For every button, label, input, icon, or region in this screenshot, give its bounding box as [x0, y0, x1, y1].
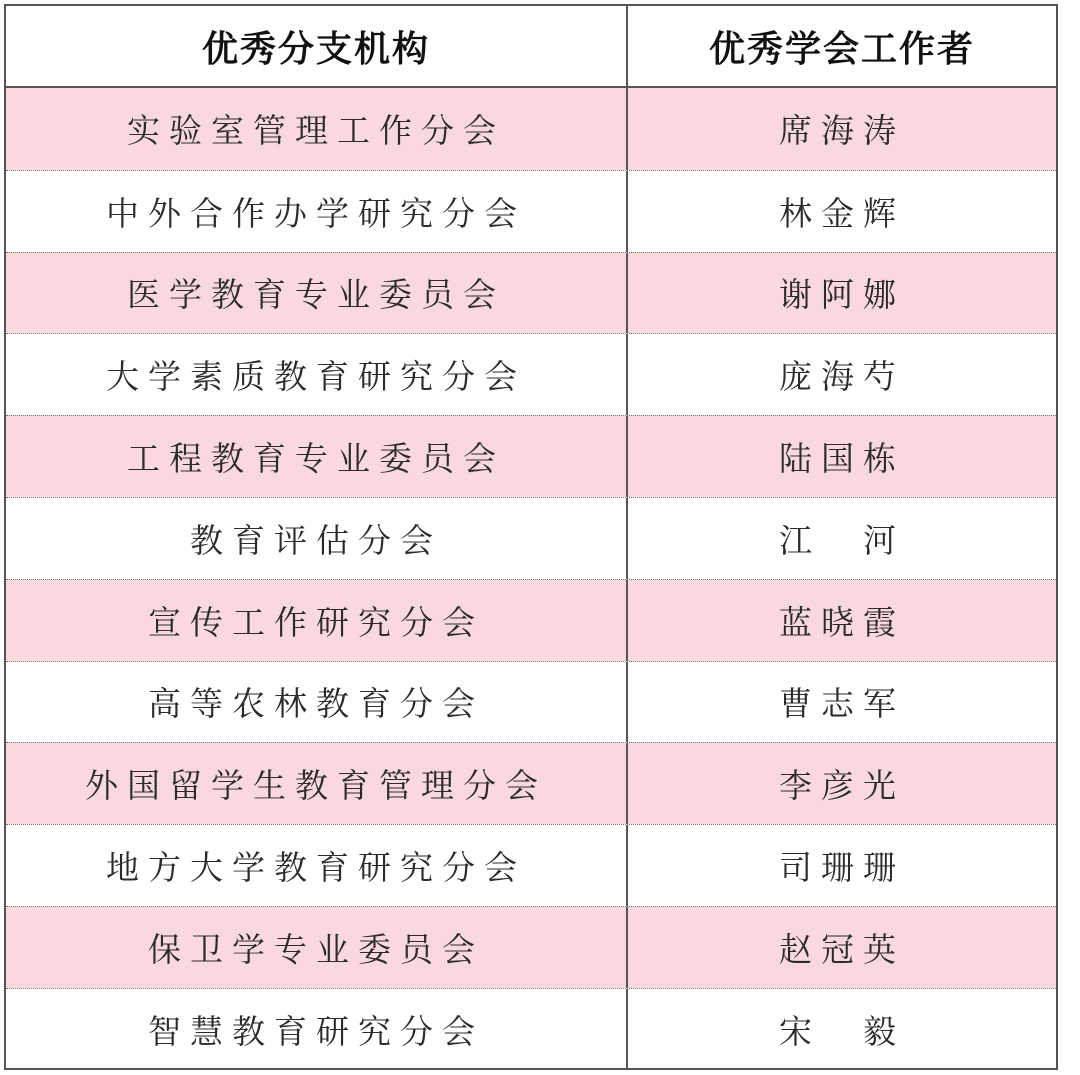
branch-name-cell: 中外合作办学研究分会: [6, 171, 628, 252]
header-outstanding-branch: 优秀分支机构: [6, 6, 628, 86]
worker-name-cell: 林金辉: [628, 171, 1056, 252]
table-row: 中外合作办学研究分会林金辉: [6, 170, 1056, 252]
worker-name-cell: 庞海芍: [628, 334, 1056, 415]
worker-name-cell: 蓝晓霞: [628, 580, 1056, 661]
awards-table: 优秀分支机构 优秀学会工作者 实验室管理工作分会席海涛中外合作办学研究分会林金辉…: [4, 4, 1058, 1070]
branch-name-cell: 工程教育专业委员会: [6, 416, 628, 497]
branch-name-cell: 地方大学教育研究分会: [6, 825, 628, 906]
branch-name-cell: 医学教育专业委员会: [6, 253, 628, 334]
branch-name-cell: 实验室管理工作分会: [6, 88, 628, 170]
branch-name-cell: 外国留学生教育管理分会: [6, 743, 628, 824]
table-row: 高等农林教育分会曹志军: [6, 661, 1056, 743]
table-row: 保卫学专业委员会赵冠英: [6, 906, 1056, 988]
table-row: 工程教育专业委员会陆国栋: [6, 415, 1056, 497]
branch-name-cell: 保卫学专业委员会: [6, 907, 628, 988]
table-header: 优秀分支机构 优秀学会工作者: [6, 6, 1056, 88]
worker-name-cell: 赵冠英: [628, 907, 1056, 988]
table-row: 宣传工作研究分会蓝晓霞: [6, 579, 1056, 661]
worker-name-cell: 席海涛: [628, 88, 1056, 170]
branch-name-cell: 教育评估分会: [6, 498, 628, 579]
table-row: 智慧教育研究分会宋 毅: [6, 988, 1056, 1070]
branch-name-cell: 高等农林教育分会: [6, 662, 628, 743]
table-row: 实验室管理工作分会席海涛: [6, 88, 1056, 170]
worker-name-cell: 宋 毅: [628, 989, 1056, 1070]
worker-name-cell: 江 河: [628, 498, 1056, 579]
table-row: 教育评估分会江 河: [6, 497, 1056, 579]
worker-name-cell: 谢阿娜: [628, 253, 1056, 334]
worker-name-cell: 陆国栋: [628, 416, 1056, 497]
table-row: 外国留学生教育管理分会李彦光: [6, 742, 1056, 824]
table-row: 医学教育专业委员会谢阿娜: [6, 252, 1056, 334]
worker-name-cell: 司珊珊: [628, 825, 1056, 906]
table-row: 大学素质教育研究分会庞海芍: [6, 333, 1056, 415]
header-outstanding-worker: 优秀学会工作者: [628, 6, 1056, 86]
table-row: 地方大学教育研究分会司珊珊: [6, 824, 1056, 906]
worker-name-cell: 曹志军: [628, 662, 1056, 743]
branch-name-cell: 宣传工作研究分会: [6, 580, 628, 661]
branch-name-cell: 智慧教育研究分会: [6, 989, 628, 1070]
branch-name-cell: 大学素质教育研究分会: [6, 334, 628, 415]
worker-name-cell: 李彦光: [628, 743, 1056, 824]
